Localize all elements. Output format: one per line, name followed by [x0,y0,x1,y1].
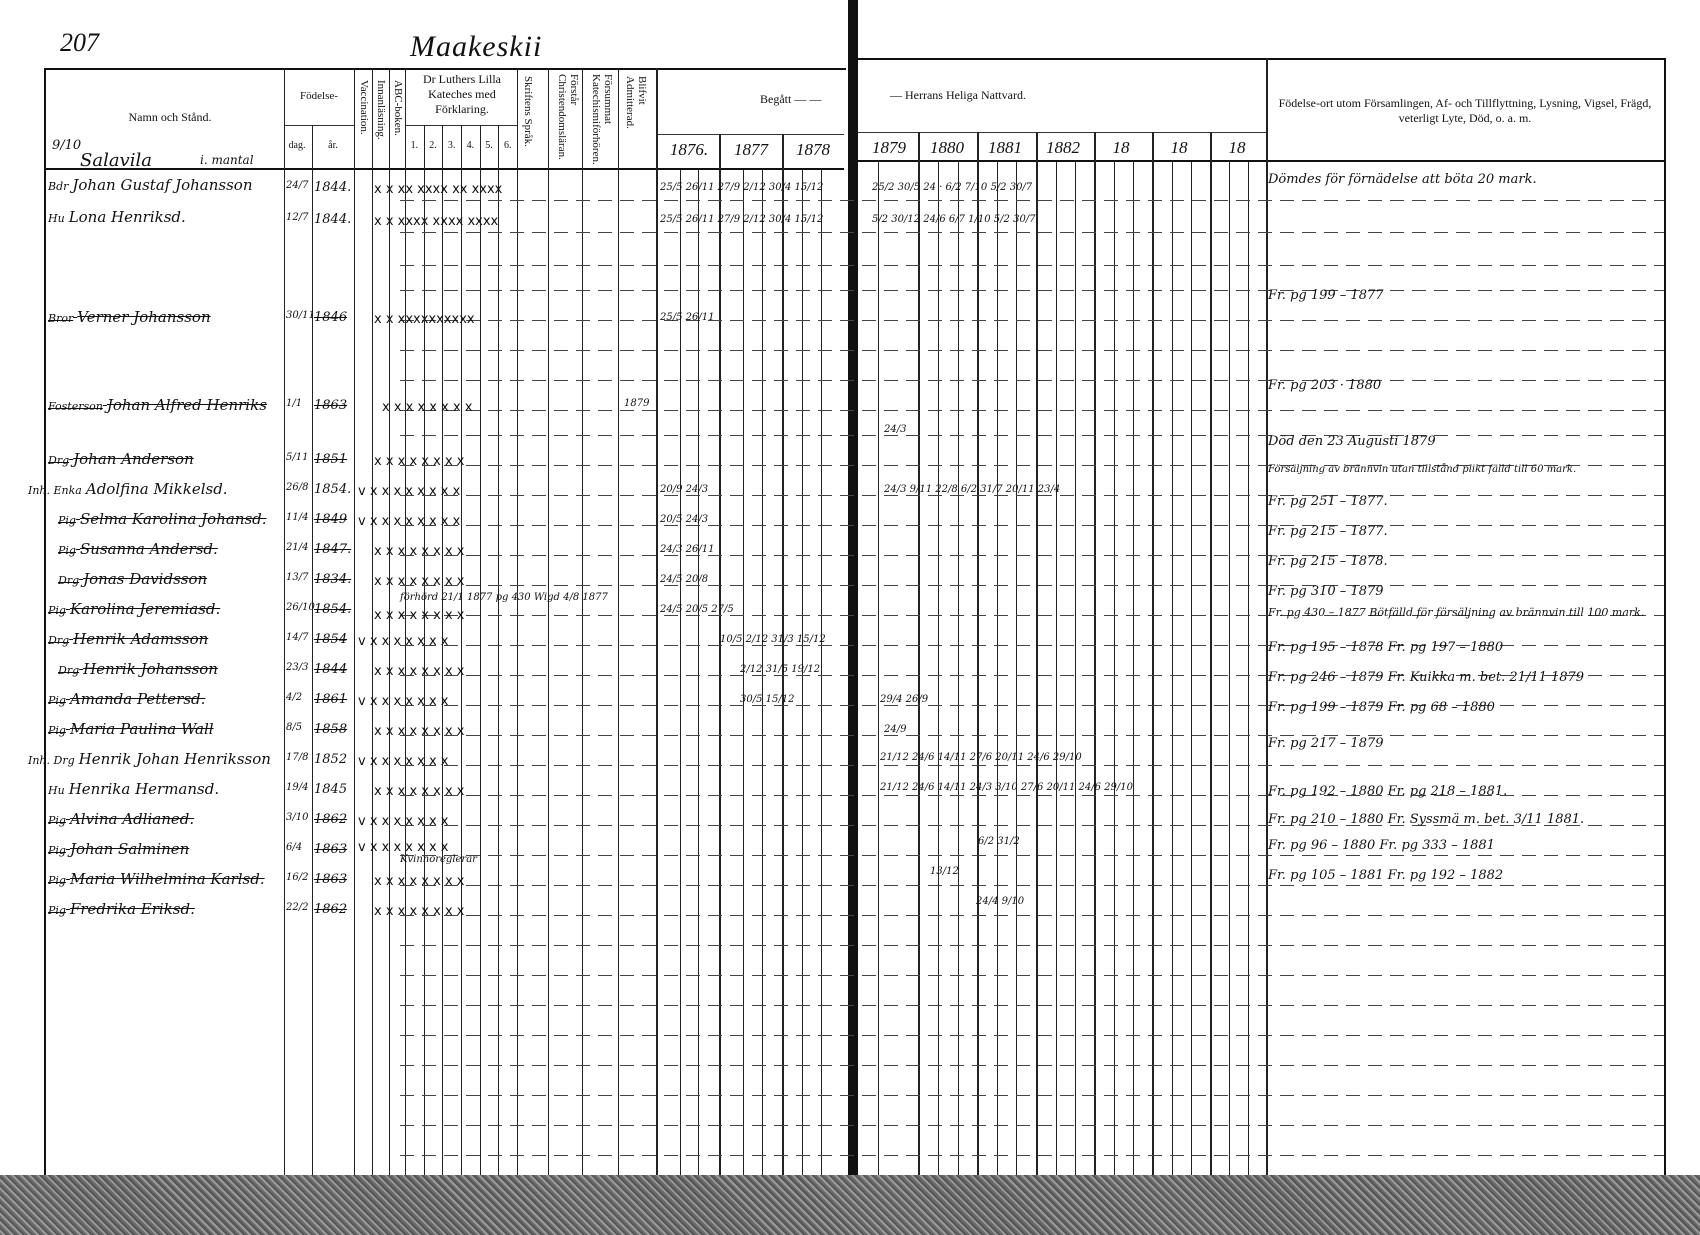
years-subline-left [656,134,844,135]
person-row: Bdr Johan Gustaf Johansson [48,176,253,195]
village-note: i. mantal [200,153,254,167]
birth-day: 13/7 [286,572,308,583]
row-line [400,585,1664,586]
person-row: Drg Henrik Adamsson [48,630,208,649]
year-18b: 18 [1150,138,1208,158]
communion-dates-left: 30/5 15/12 [740,694,794,705]
exam-marks: x x x x x x x x [374,904,464,919]
row-line [400,555,1664,556]
row-line [400,290,1664,291]
remark: Fr. pg 310 – 1879 [1268,584,1384,599]
birth-year: 1854 [314,632,347,647]
person-row: Bror Verner Johansson [48,308,211,327]
exam-marks: x x x x x x x x [374,784,464,799]
col-divider [548,68,549,1188]
person-name: Lona Henriksd. [69,208,186,226]
row-line [400,200,1664,201]
remark: Fr. pg 199 – 1879 Fr. pg 68 – 1880 [1268,700,1495,715]
admitted-year: 1879 [624,398,649,409]
birth-year: 1852 [314,752,347,767]
communion-dates-right: 24/4 9/10 [976,896,1024,907]
person-row: Pig Karolina Jeremiasd. [48,600,220,619]
year-headers-left: 1876. 1877 1878 [658,140,844,160]
sub-number: 9/10 [52,138,81,153]
col-divider [1016,162,1017,1186]
exam-marks: x x x x x x x x [374,544,464,559]
col-divider [958,162,959,1186]
communion-dates-left: 24/5 20/8 [660,574,708,585]
communion-dates-left: 20/9 24/3 [660,484,708,495]
birth-year: 1845 [314,782,347,797]
communion-dates-left: 10/5 2/12 31/3 15/12 [720,634,826,645]
person-name: Johan Salminen [70,840,189,858]
village-name: Salavila [80,150,152,171]
person-name: Alvina Adlianed. [70,810,194,828]
person-row: Hu Lona Henriksd. [48,208,186,227]
row-line [400,410,1664,411]
year-1879: 1879 [860,138,918,158]
birth-year: 1846 [314,310,347,325]
remark: Fr. pg 203 · 1880 [1268,378,1381,393]
birth-day: 5/11 [286,452,308,463]
exam-marks: x x x x x x x x [382,400,472,415]
remark: Fr. pg 195 – 1878 Fr. pg 197 – 1880 [1268,640,1503,655]
col-divider [1056,162,1057,1186]
birth-day: 21/4 [286,542,308,553]
col-divider [442,125,443,1188]
col-divider [719,134,721,1188]
birth-year: 1854. [314,602,351,617]
birth-year: 1862 [314,902,347,917]
exam-marks: v x x x x x x x [358,840,448,855]
col-divider [312,125,313,1188]
remark: Fr. pg 251 – 1877. [1268,494,1388,509]
col-scripture: Skriftens Språk. [522,76,534,147]
exam-marks: x x x x x x x x [374,874,464,889]
remark: Fr. pg 215 – 1878. [1268,554,1388,569]
row-line [400,1125,1664,1126]
row-line [400,265,1664,266]
col-divider [372,68,373,1188]
communion-dates-right: 24/3 [884,424,906,435]
person-row: Drg Henrik Johansson [58,660,218,679]
col-divider [405,68,406,1188]
person-row: Drg Jonas Davidsson [58,570,207,589]
col-divider [389,68,390,1188]
communion-dates-left: 25/5 26/11 [660,312,714,323]
communion-dates-right: 29/4 26/9 [880,694,928,705]
exam-marks: x x x x x x x x [374,724,464,739]
birth-day: 1/1 [286,398,302,409]
header-bottom-left [44,168,844,170]
col-birth-header: Födelse- [284,90,354,104]
communion-header-right: — Herrans Heliga Nattvard. [890,88,1026,103]
col-catechism-header: Dr Luthers Lilla Kateches med Förklaring… [408,72,516,117]
year-18a: 18 [1092,138,1150,158]
exam-marks: x x xxxx xxxx xxxx [374,214,498,229]
exam-marks: v x x x x x x x [358,814,448,829]
year-1881: 1881 [976,138,1034,158]
person-row: Fosterson Johan Alfred Henriks [48,396,267,415]
col-divider [1248,162,1249,1186]
background-surface [0,1175,1700,1235]
birth-year: 1861 [314,692,347,707]
col-divider [582,68,583,1188]
col-divider [1191,162,1192,1186]
person-name: Adolfina Mikkelsd. [86,480,228,498]
exam-marks: x x x x x x x x [374,574,464,589]
birth-day: 22/2 [286,902,308,913]
communion-dates-left: 2/12 31/5 19/12 [740,664,820,675]
person-name: Fredrika Eriksd. [70,900,195,918]
exam-marks: v x x x x x x x x [358,484,460,499]
birth-subline [284,125,354,126]
communion-dates-right: 24/9 [884,724,906,735]
person-row: Pig Johan Salminen [48,840,189,859]
exam-marks: v x x x x x x x x [358,514,460,529]
birth-year: 1854. [314,482,351,497]
communion-dates-right: 13/12 [930,866,959,877]
year-1882: 1882 [1034,138,1092,158]
person-row: Pig Maria Wilhelmina Karlsd. [48,870,265,889]
birth-year: 1863 [314,398,347,413]
birth-year: 1862 [314,812,347,827]
row-line [400,435,1664,436]
col-divider [997,162,998,1186]
row-line [400,232,1664,233]
communion-dates-left: 24/3 26/11 [660,544,714,555]
person-row: Pig Amanda Pettersd. [48,690,205,709]
row-line [400,1065,1664,1066]
remark: Fr. pg 199 – 1877 [1268,288,1384,303]
communion-dates-right: 21/12 24/6 14/11 24/3 3/10 27/6 20/11 24… [880,782,1133,793]
communion-dates-left: 25/5 26/11 27/9 2/12 30/4 15/12 [660,214,823,225]
remarks-header: Födelse-ort utom Församlingen, Af- och T… [1270,96,1660,126]
birth-day: 16/2 [286,872,308,883]
remark: Fr. pg 105 – 1881 Fr. pg 192 – 1882 [1268,868,1503,883]
col-divider [1266,58,1268,1186]
year-1876: 1876. [658,140,720,160]
year-1878: 1878 [782,140,844,160]
row-line [400,495,1664,496]
row-line [400,1005,1664,1006]
birth-day: 24/7 [286,180,308,191]
communion-dates-right: 6/2 31/2 [978,836,1020,847]
birth-year: 1858 [314,722,347,737]
birth-year: 1863 [314,842,347,857]
col-divider [498,125,499,1188]
birth-year: 1863 [314,872,347,887]
col-vaccination: Vaccination. [358,80,370,135]
person-name: Amanda Pettersd. [70,690,205,708]
person-name: Johan Alfred Henriks [107,396,267,414]
exam-marks: x x xxxxxxxxxx [374,312,475,327]
row-line [400,1095,1664,1096]
col-admitted: Blifvit Admitterad. [620,76,648,156]
person-row: Pig Maria Paulina Wall [48,720,214,739]
left-page-table [44,68,846,1190]
col-birth-day: dag. [284,140,310,153]
col-birth-year: år. [312,140,354,153]
year-18c: 18 [1208,138,1266,158]
exam-marks: v x x x x x x x [358,634,448,649]
birth-day: 14/7 [286,632,308,643]
col-divider [656,68,658,1188]
communion-header-left: Begått — — [760,92,821,107]
col-divider [284,68,285,1188]
birth-year: 1844. [314,212,351,227]
communion-dates-right: 24/3 9/11 22/8 6/2 31/7 20/11 23/4 [884,484,1060,495]
person-name: Susanna Andersd. [80,540,218,558]
row-line [400,855,1664,856]
birth-year: 1844. [314,180,351,195]
row-line [400,975,1664,976]
birth-year: 1849 [314,512,347,527]
person-row: Pig Selma Karolina Johansd. [58,510,267,529]
person-row: Pig Fredrika Eriksd. [48,900,195,919]
remark: Dömdes för förnädelse att böta 20 mark. [1268,172,1537,187]
col-divider [354,68,355,1188]
year-headers-right: 1879 1880 1881 1882 18 18 18 [860,138,1266,158]
exam-marks: x x x x x x x x [374,664,464,679]
exam-marks: x x xx xxxx xx xxxx [374,182,502,197]
row-line [400,320,1664,321]
birth-day: 17/8 [286,752,308,763]
col-divider [517,68,518,1188]
remark: Fr. pg 215 – 1877. [1268,524,1388,539]
row-line [400,350,1664,351]
page-number: 207 [60,28,99,58]
birth-day: 12/7 [286,212,308,223]
birth-year: 1834. [314,572,351,587]
col-divider [1229,162,1230,1186]
person-row: Inh. Drg Henrik Johan Henriksson [28,750,271,769]
birth-day: 23/3 [286,662,308,673]
person-row: Drg Johan Anderson [48,450,194,469]
col-divider [1172,162,1173,1186]
col-divider [1114,162,1115,1186]
person-name: Verner Johansson [77,308,210,326]
person-name: Johan Gustaf Johansson [72,176,252,194]
row-line [400,1155,1664,1156]
exam-marks: v x x x x x x x [358,694,448,709]
person-name: Maria Wilhelmina Karlsd. [70,870,265,888]
birth-day: 19/4 [286,782,308,793]
person-name: Karolina Jeremiasd. [70,600,220,618]
birth-year: 1847. [314,542,351,557]
row-line [400,525,1664,526]
col-divider [782,134,784,1188]
row-annotation: Kvinnoreglerar [400,854,477,865]
col-christian-teaching: Förstår Christendomsläran. [550,74,580,166]
person-row: Pig Susanna Andersd. [58,540,218,559]
communion-dates-left: 25/5 26/11 27/9 2/12 30/4 15/12 [660,182,823,193]
person-name: Johan Anderson [73,450,194,468]
col-divider [480,125,481,1188]
remark: Fr. pg 210 – 1880 Fr. Syssmä m. bet. 3/1… [1268,812,1584,827]
col-divider [938,162,939,1186]
exam-marks: x x x x x x x x [374,608,464,623]
remark: Fr. pg 96 – 1880 Fr. pg 333 – 1881 [1268,838,1495,853]
row-line [400,885,1664,886]
person-name: Henrik Johansson [83,660,218,678]
col-reading: Innanläsning. [375,80,387,140]
person-name: Selma Karolina Johansd. [80,510,267,528]
row-line [400,915,1664,916]
col-divider [424,125,425,1188]
communion-dates-left: 20/5 24/3 [660,514,708,525]
person-name: Henrika Hermansd. [69,780,219,798]
person-row: Inh. Enka Adolfina Mikkelsd. [28,480,228,499]
communion-dates-left: 24/5 20/5 27/5 [660,604,734,615]
exam-marks: x x x x x x x x [374,454,464,469]
birth-year: 1851 [314,452,347,467]
person-name: Henrik Johan Henriksson [79,750,271,768]
col-divider [1075,162,1076,1186]
row-line [400,380,1664,381]
birth-day: 11/4 [286,512,308,523]
row-line [400,765,1664,766]
birth-day: 26/10 [286,602,315,613]
col-divider [618,68,619,1188]
person-row: Pig Alvina Adlianed. [48,810,194,829]
exam-marks: v x x x x x x x [358,754,448,769]
birth-year: 1844 [314,662,347,677]
year-1880: 1880 [918,138,976,158]
row-annotation: förhörd 21/1 1877 pg 430 Wigd 4/8 1877 [400,592,608,603]
person-name: Henrik Adamsson [73,630,208,648]
col-divider [878,162,879,1186]
header-bottom-remarks [1266,160,1664,162]
col-name-header: Namn och Stånd. [60,110,280,125]
parish-heading: Maakeskii [410,30,542,64]
birth-day: 30/11 [286,310,315,321]
remark: Fr. pg 192 – 1880 Fr. pg 218 – 1881. [1268,784,1507,799]
communion-dates-right: 5/2 30/12 24/6 6/7 1/10 5/2 30/7 [872,214,1036,225]
right-page-table [858,58,1666,1188]
communion-dates-right: 25/2 30/5 24 · 6/2 7/10 5/2 30/7 [872,182,1032,193]
person-row: Hu Henrika Hermansd. [48,780,219,799]
col-abc: ABC-boken. [392,80,404,136]
person-name: Maria Paulina Wall [70,720,214,738]
remark: Fr. pg 430 – 1877 Bötfälld för försäljni… [1268,606,1644,619]
col-divider [1133,162,1134,1186]
communion-dates-right: 21/12 24/6 14/11 27/6 20/11 24/6 29/10 [880,752,1082,763]
birth-day: 6/4 [286,842,302,853]
remark: Försäljning av brännvin utan tillstånd p… [1268,464,1576,475]
year-1877: 1877 [720,140,782,160]
person-name: Jonas Davidsson [83,570,207,588]
birth-day: 3/10 [286,812,308,823]
row-line [400,945,1664,946]
birth-day: 26/8 [286,482,308,493]
row-line [400,1035,1664,1036]
col-divider [461,125,462,1188]
remark: Fr. pg 246 – 1879 Fr. Kuikka m. bet. 21/… [1268,670,1584,685]
row-line [400,735,1664,736]
remark: Död den 23 Augusti 1879 [1268,434,1436,449]
book-spine [848,0,858,1180]
col-missed-exam: Försummat Katechismiförhören. [584,74,614,166]
birth-day: 4/2 [286,692,302,703]
remark: Fr. pg 217 – 1879 [1268,736,1384,751]
birth-day: 8/5 [286,722,302,733]
